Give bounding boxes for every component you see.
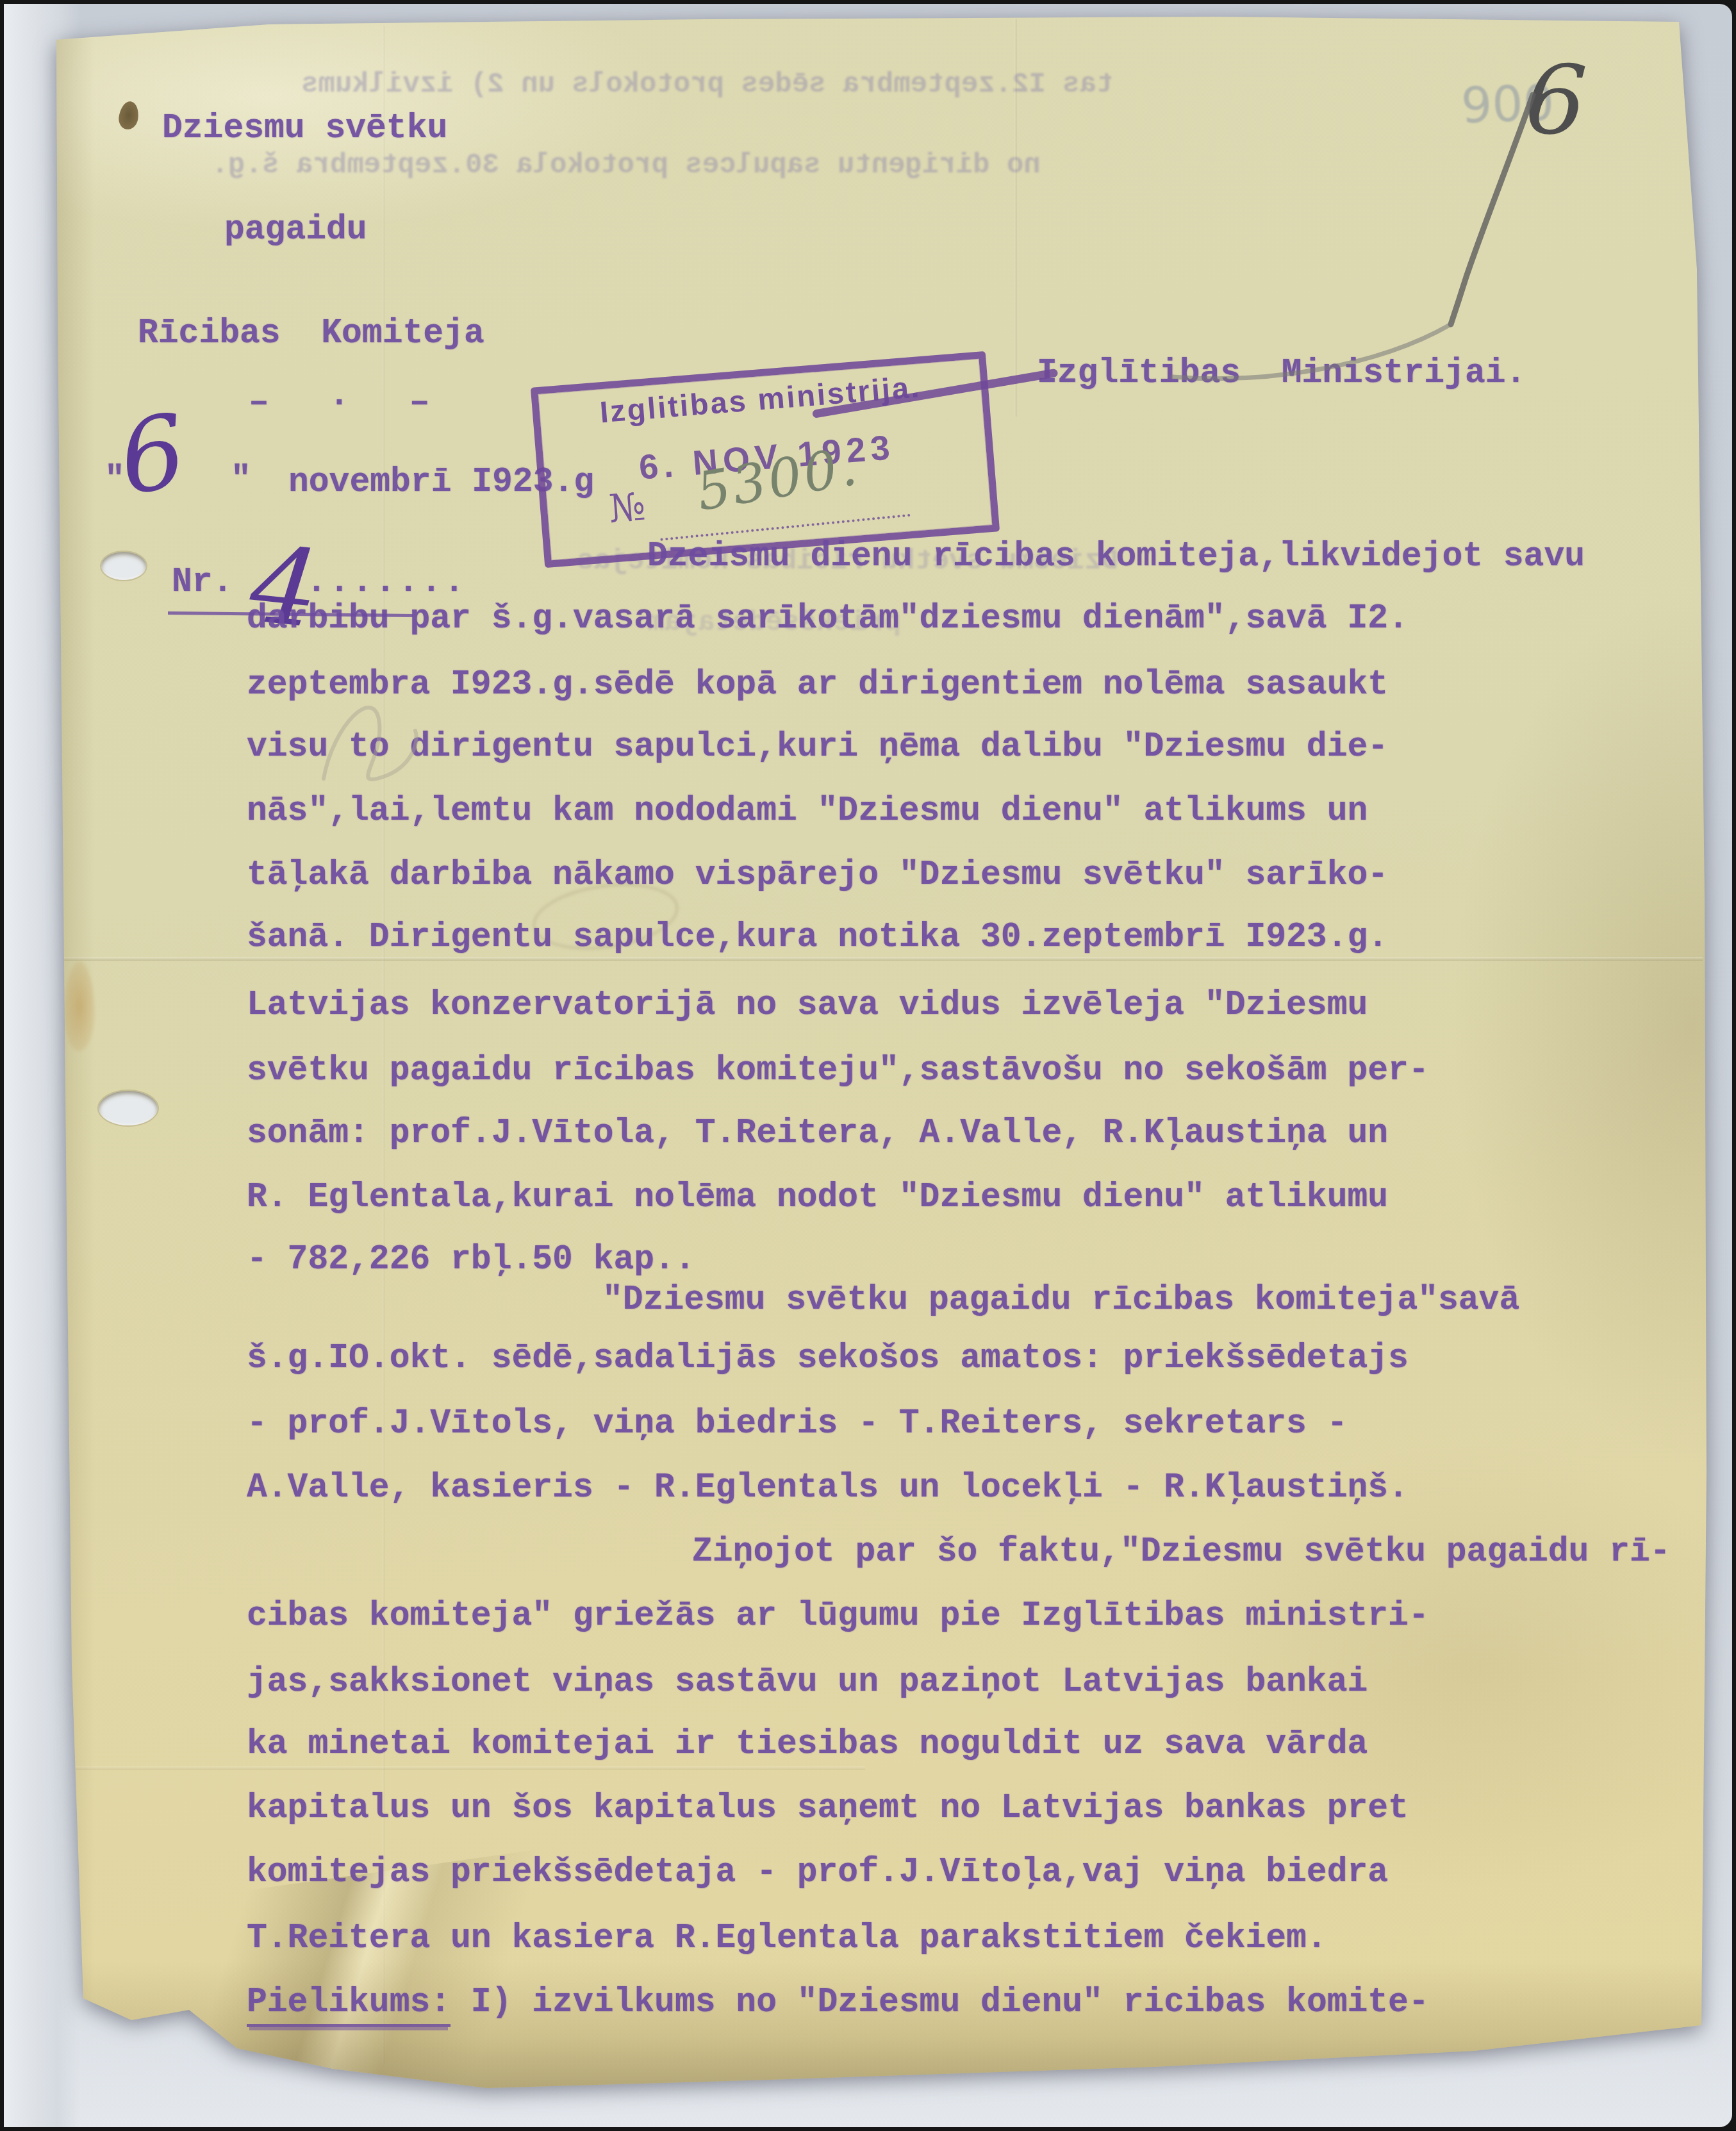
pencil-marks-overlay — [0, 0, 1736, 2131]
ghost-signature-icon — [324, 708, 417, 779]
letter-paper: tas I2.zeptembra sēdes protokols un 2) i… — [0, 0, 1736, 2131]
pencil-stroke-icon — [1173, 324, 1451, 379]
scanned-document-image: tas I2.zeptembra sēdes protokols un 2) i… — [0, 0, 1736, 2131]
paper-sheet: tas I2.zeptembra sēdes protokols un 2) i… — [0, 0, 1736, 2131]
pencil-stroke-icon — [1451, 95, 1533, 324]
